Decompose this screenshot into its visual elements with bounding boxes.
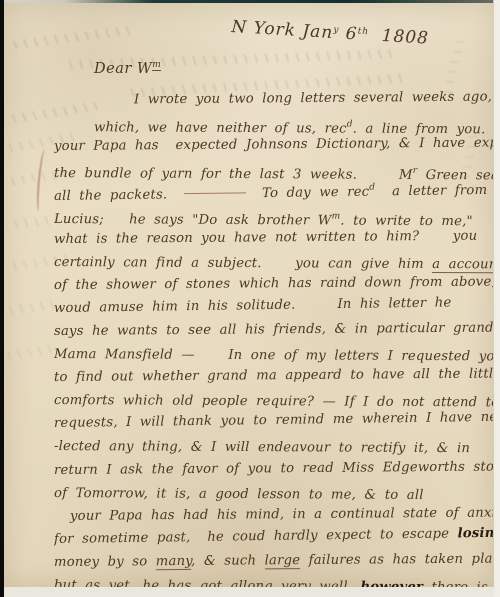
- handwriting-segment: of the shower of stones which has raind …: [54, 274, 493, 293]
- handwriting-segment: money by so: [54, 554, 156, 570]
- letter-line: says he wants to see all his friends, & …: [54, 316, 493, 343]
- scan-edge-bottom: [4, 586, 494, 597]
- letter-line: requests, I will thank you to remind me …: [54, 406, 493, 435]
- handwriting-segment: Mama Mansfield — In one of my letters I …: [54, 347, 493, 364]
- handwriting-segment: , & such: [191, 553, 265, 569]
- bleedthrough-mark: [6, 300, 57, 315]
- letter-paper: N York Jany 6th 1808 Dear Wm I wrote you…: [4, 3, 494, 587]
- handwriting-segment: -lected any thing, & I will endeavour to…: [54, 439, 470, 456]
- handwriting-segment: woud amuse him in his solitude. In his l…: [54, 295, 452, 316]
- handwriting-segment: your Papa has expected Johnsons Dictiona…: [54, 135, 493, 154]
- handwriting-segment: m: [152, 60, 161, 71]
- bleedthrough-mark: [8, 345, 55, 360]
- handwriting-segment: there is no: [423, 580, 493, 587]
- letter-line: return I ask the favor of you to read Mi…: [54, 455, 493, 482]
- handwriting-segment: but as yet, he has got allong very well,: [54, 578, 361, 587]
- handwriting-segment: requests, I will thank you to remind me …: [54, 410, 493, 431]
- letter-dateline: N York Jany 6th 1808: [231, 17, 430, 49]
- handwriting-segment: says he wants to see all his friends, & …: [54, 320, 493, 338]
- scanned-letter: N York Jany 6th 1808 Dear Wm I wrote you…: [0, 0, 500, 597]
- handwriting-segment: all the packets.: [54, 188, 176, 205]
- handwriting-segment: however: [361, 580, 424, 587]
- handwriting-segment: Dear W: [94, 61, 152, 77]
- letter-line: all the packets. To day we recd a letter…: [54, 175, 493, 204]
- letter-line: your Papa has expected Johnsons Dictiona…: [54, 132, 493, 159]
- handwriting-segment: certainly can find a subject. you can gi…: [54, 255, 432, 272]
- handwriting-segment: a letter from: [375, 183, 487, 200]
- handwriting-segment: what is the reason you have not written …: [54, 228, 477, 246]
- handwriting-segment: to find out whether grand ma appeard to …: [54, 367, 493, 386]
- handwriting-segment: return I ask the favor of you to read Mi…: [54, 459, 493, 478]
- letter-line: what is the reason you have not written …: [54, 224, 493, 251]
- ink-dash: [184, 192, 246, 194]
- bleedthrough-mark: [12, 26, 132, 50]
- handwriting-segment: N York Jan: [231, 17, 334, 43]
- letter-line: woud amuse him in his solitude. In his l…: [54, 291, 493, 320]
- handwriting-segment: 1808: [368, 25, 429, 49]
- handwriting-segment: for sometime past, he coud hardly expect…: [54, 526, 458, 547]
- letter-body: I wrote you two long letters several wee…: [54, 89, 493, 587]
- handwriting-segment: your Papa has had his mind, in a continu…: [70, 505, 493, 524]
- letter-line: but as yet, he has got allong very well,…: [54, 574, 493, 587]
- handwriting-segment: large: [265, 553, 301, 569]
- handwriting-segment: failures as has taken place,: [300, 551, 493, 568]
- handwriting-segment: many: [156, 554, 191, 570]
- scan-edge-right: [493, 0, 500, 597]
- letter-line: money by so many, & such large failures …: [54, 547, 493, 574]
- handwriting-segment: I wrote you two long letters several wee…: [134, 89, 493, 107]
- letter-line: to find out whether grand ma appeard to …: [54, 363, 493, 390]
- letter-salutation: Dear Wm: [94, 60, 161, 77]
- handwriting-segment: losing: [458, 526, 494, 542]
- handwriting-segment: th: [357, 26, 369, 37]
- handwriting-segment: To day we rec: [254, 185, 370, 202]
- letter-line: I wrote you two long letters several wee…: [54, 86, 493, 113]
- handwriting-segment: of Tomorrow, it is, a good lesson to me,…: [54, 486, 424, 503]
- handwriting-segment: 6: [339, 23, 358, 44]
